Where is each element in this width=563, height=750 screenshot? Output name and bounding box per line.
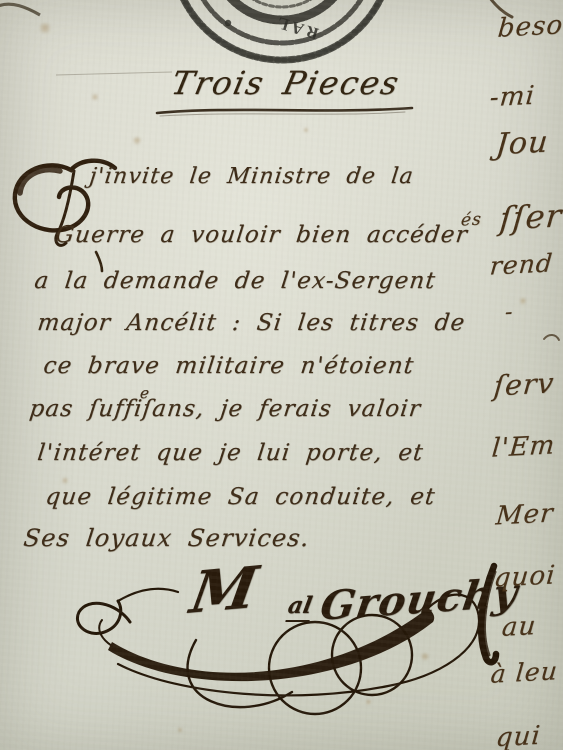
margin-fragment: Mer bbox=[495, 499, 555, 532]
manuscript-line-9: Ses loyaux Services. bbox=[22, 524, 312, 552]
signature-superscript: al bbox=[285, 592, 314, 622]
margin-fragment: ſerv bbox=[492, 366, 555, 402]
foxing-spot bbox=[519, 297, 527, 305]
foxing-spot bbox=[303, 127, 309, 133]
margin-fragment: quoi bbox=[492, 560, 556, 593]
margin-fragment: és bbox=[460, 209, 483, 230]
heading-trois-pieces: Trois Pieces bbox=[168, 64, 404, 102]
foxing-spot bbox=[61, 477, 69, 484]
manuscript-line-7: l'intéret que je lui porte, et bbox=[36, 440, 425, 466]
faint-rule bbox=[56, 72, 172, 75]
manuscript-line-6: pas ſuffiſans, je ferais valoir bbox=[28, 396, 423, 422]
stamp-letters: RAL bbox=[272, 12, 320, 43]
foxing-spot bbox=[132, 136, 142, 145]
margin-fragment: Jou bbox=[494, 125, 550, 163]
margin-fragment: -mi bbox=[489, 81, 537, 113]
margin-fragment: rend bbox=[489, 248, 555, 280]
manuscript-line-2: Guerre a vouloir bien accéder bbox=[54, 222, 469, 248]
margin-fragment: qui bbox=[495, 721, 543, 750]
margin-fragment: à leu bbox=[490, 656, 560, 688]
signature-initial: M bbox=[186, 553, 262, 626]
manuscript-line-8: que légitime Sa conduite, et bbox=[44, 484, 437, 510]
foxing-spot bbox=[91, 93, 99, 101]
heading-underline bbox=[157, 108, 412, 116]
foxing-spot bbox=[38, 22, 52, 34]
manuscript-line-5: ce brave militaire n'étoient bbox=[42, 353, 416, 379]
foxing-spot bbox=[420, 652, 430, 661]
margin-fragment: au bbox=[501, 611, 538, 643]
signature-name: Grouchy bbox=[317, 569, 521, 629]
margin-fragment: - bbox=[504, 300, 515, 325]
foxing-spot bbox=[177, 727, 183, 733]
manuscript-page: RAL bbox=[0, 0, 563, 750]
stamp-dot bbox=[225, 20, 231, 26]
margin-fragment: beso bbox=[496, 10, 563, 43]
manuscript-line-3: a la demande de l'ex-Sergent bbox=[33, 268, 438, 294]
margin-fragment: ſſer bbox=[498, 196, 563, 237]
manuscript-line-1: j'invite le Ministre de la bbox=[88, 164, 415, 189]
margin-fragment: l'Em bbox=[490, 430, 556, 463]
manuscript-line-4: major Ancélit : Si les titres de bbox=[36, 310, 467, 336]
corner-ink-mark bbox=[0, 4, 40, 15]
foxing-spot bbox=[365, 699, 372, 705]
